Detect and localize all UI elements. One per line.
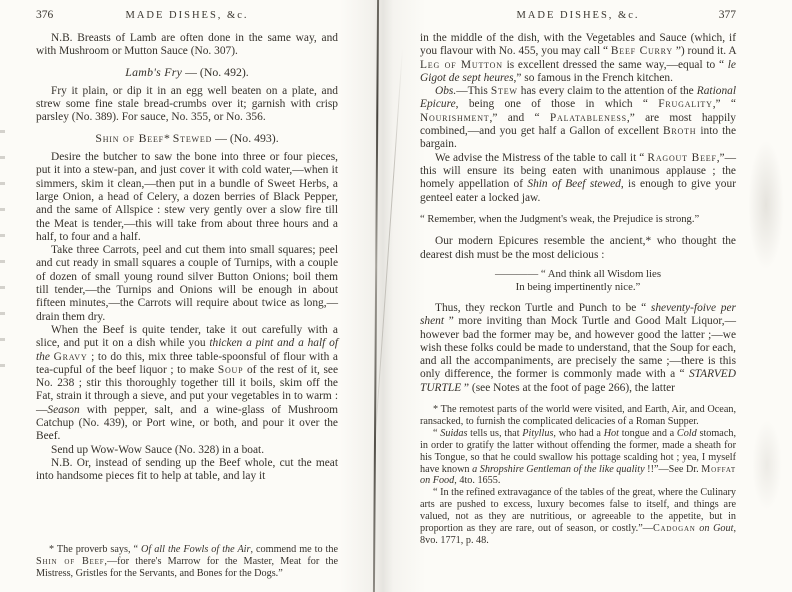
paragraph-wow-wow-sauce: Send up Wow-Wow Sauce (No. 328) in a boa… <box>36 444 338 457</box>
left-page-number: 376 <box>36 9 66 21</box>
paragraph-desire-butcher: Desire the butcher to saw the bone into … <box>36 151 338 244</box>
right-running-head: MADE DISHES, &c. <box>450 10 706 21</box>
verse-wisdom: ———— “ And think all Wisdom lies In bein… <box>420 268 736 294</box>
right-page-body: in the middle of the dish, with the Vege… <box>420 32 736 395</box>
paragraph-beef-tender: When the Beef is quite tender, take it o… <box>36 324 338 444</box>
book-scan: 376 MADE DISHES, &c. N.B. Breasts of Lam… <box>0 0 792 592</box>
paragraph-modern-epicures: Our modern Epicures resemble the ancient… <box>420 235 736 262</box>
footnote-cadogan: “ In the refined extravagance of the tab… <box>420 487 736 547</box>
paragraph-nb-breasts: N.B. Breasts of Lamb are often done in t… <box>36 32 338 59</box>
verse-line-2: In being impertinently nice.” <box>420 281 736 294</box>
right-running-header: MADE DISHES, &c. 377 <box>420 9 736 21</box>
footnote-proverb: * The proverb says, “ Of all the Fowls o… <box>36 544 338 580</box>
right-page-footnotes: * The remotest parts of the world were v… <box>420 404 736 547</box>
paragraph-thus-turtle: Thus, they reckon Turtle and Punch to be… <box>420 302 736 395</box>
footnote-suidas: “ Suidas tells us, that Pityllus, who ha… <box>420 428 736 488</box>
left-running-head: MADE DISHES, &c. <box>66 10 308 21</box>
paragraph-fry-plain: Fry it plain, or dip it in an egg well b… <box>36 85 338 125</box>
footnote-roman-supper: * The remotest parts of the world were v… <box>420 404 736 428</box>
left-running-header: 376 MADE DISHES, &c. <box>36 9 338 21</box>
right-page: MADE DISHES, &c. 377 in the middle of th… <box>372 0 792 592</box>
left-page-body: N.B. Breasts of Lamb are often done in t… <box>36 32 338 484</box>
verse-line-1: ———— “ And think all Wisdom lies <box>420 268 736 281</box>
left-page-footnotes: * The proverb says, “ Of all the Fowls o… <box>36 544 338 580</box>
right-page-number: 377 <box>706 9 736 21</box>
paragraph-nb-or: N.B. Or, instead of sending up the Beef … <box>36 457 338 484</box>
paragraph-obs: Obs.—This Stew has every claim to the at… <box>420 85 736 151</box>
recipe-heading-shin-of-beef: Shin of Beef* Stewed — (No. 493). <box>36 132 338 145</box>
paragraph-carrots: Take three Carrots, peel and cut them in… <box>36 244 338 324</box>
left-page: 376 MADE DISHES, &c. N.B. Breasts of Lam… <box>0 0 372 592</box>
paragraph-advise-mistress: We advise the Mistress of the table to c… <box>420 152 736 205</box>
quote-judgment: “ Remember, when the Judgment's weak, th… <box>420 214 736 227</box>
recipe-heading-lambs-fry: Lamb's Fry — (No. 492). <box>36 66 338 79</box>
paragraph-continuation: in the middle of the dish, with the Vege… <box>420 32 736 85</box>
